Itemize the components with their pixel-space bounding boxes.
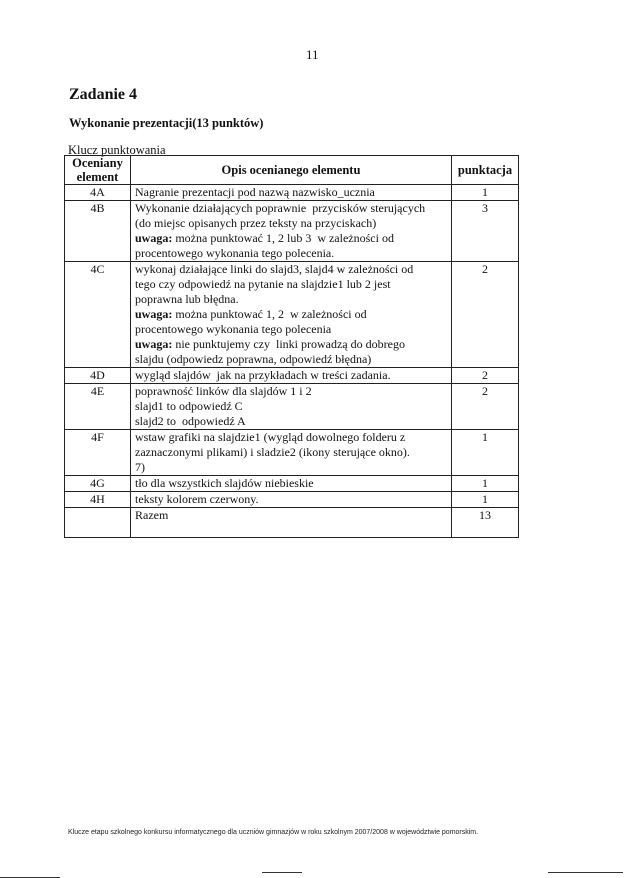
line-text: teksty kolorem czerwony. [135,492,259,506]
element-code: 4D [65,368,131,384]
table-row: 4BWykonanie działających poprawnie przyc… [65,201,519,262]
description-line: wygląd slajdów jak na przykładach w treś… [135,368,447,383]
element-description: wygląd slajdów jak na przykładach w treś… [131,368,452,384]
element-code: 4A [65,185,131,201]
description-line: tło dla wszystkich slajdów niebieskie [135,476,447,491]
line-text: zaznaczonymi plikami) i sladzie2 (ikony … [135,445,410,459]
page-number: 11 [306,47,319,63]
scan-artifact-line [548,872,623,873]
description-line: Wykonanie działających poprawnie przycis… [135,201,447,216]
element-points: 2 [452,368,519,384]
line-text: wykonaj działające linki do slajd3, slaj… [135,262,413,276]
table-row: 4Hteksty kolorem czerwony.1 [65,492,519,508]
description-line: uwaga: nie punktujemy czy linki prowadzą… [135,337,447,352]
total-row: Razem 13 [65,508,519,538]
element-code: 4B [65,201,131,262]
header-element: Oceniany element [65,156,131,185]
description-line: zaznaczonymi plikami) i sladzie2 (ikony … [135,445,447,460]
task-title: Zadanie 4 [69,86,137,104]
element-points: 2 [452,384,519,430]
element-description: Nagranie prezentacji pod nazwą nazwisko_… [131,185,452,201]
element-code: 4F [65,430,131,476]
line-text: procentowego wykonania tego polecenia [135,322,331,336]
element-description: wykonaj działające linki do slajd3, slaj… [131,262,452,368]
line-text: Wykonanie działających poprawnie przycis… [135,201,425,215]
element-code: 4E [65,384,131,430]
table-header-row: Oceniany element Opis ocenianego element… [65,156,519,185]
note-label: uwaga: [135,337,172,351]
description-line: tego czy odpowiedź na pytanie na slajdzi… [135,277,447,292]
description-line: slajd1 to odpowiedź C [135,399,447,414]
description-line: wstaw grafiki na slajdzie1 (wygląd dowol… [135,430,447,445]
total-points: 13 [452,508,519,538]
element-code: 4H [65,492,131,508]
scan-artifact-line [262,872,302,873]
total-code [65,508,131,538]
line-text: slajd1 to odpowiedź C [135,399,243,413]
note-label: uwaga: [135,307,172,321]
description-line: uwaga: można punktować 1, 2 lub 3 w zale… [135,231,447,246]
description-line: slajd2 to odpowiedź A [135,414,447,429]
table-row: 4Gtło dla wszystkich slajdów niebieskie1 [65,476,519,492]
element-code: 4C [65,262,131,368]
line-text: slajdu (odpowiedz poprawna, odpowiedź bł… [135,352,371,366]
line-text: tego czy odpowiedź na pytanie na slajdzi… [135,277,391,291]
table-row: 4Fwstaw grafiki na slajdzie1 (wygląd dow… [65,430,519,476]
element-description: wstaw grafiki na slajdzie1 (wygląd dowol… [131,430,452,476]
description-line: poprawna lub błędna. [135,292,447,307]
description-line: slajdu (odpowiedz poprawna, odpowiedź bł… [135,352,447,367]
description-line: teksty kolorem czerwony. [135,492,447,507]
element-points: 1 [452,476,519,492]
description-line: procentowego wykonania tego polecenia [135,322,447,337]
scoring-table: Oceniany element Opis ocenianego element… [64,155,519,538]
line-text: procentowego wykonania tego polecenia. [135,246,334,260]
description-line: 7) [135,460,447,475]
line-text: nie punktujemy czy linki prowadzą do dob… [172,337,405,351]
task-subtitle: Wykonanie prezentacji(13 punktów) [69,116,263,131]
line-text: 7) [135,460,145,474]
line-text: poprawna lub błędna. [135,292,239,306]
line-text: Nagranie prezentacji pod nazwą nazwisko_… [135,185,375,199]
element-description: tło dla wszystkich slajdów niebieskie [131,476,452,492]
element-points: 1 [452,430,519,476]
element-code: 4G [65,476,131,492]
page-footer: Klucze etapu szkolnego konkursu informat… [68,829,478,836]
element-points: 1 [452,185,519,201]
note-label: uwaga: [135,231,172,245]
description-line: (do miejsc opisanych przez teksty na prz… [135,216,447,231]
line-text: wstaw grafiki na slajdzie1 (wygląd dowol… [135,430,405,444]
description-line: procentowego wykonania tego polecenia. [135,246,447,261]
line-text: można punktować 1, 2 lub 3 w zależności … [172,231,394,245]
element-description: teksty kolorem czerwony. [131,492,452,508]
element-points: 1 [452,492,519,508]
description-line: wykonaj działające linki do slajd3, slaj… [135,262,447,277]
table-row: 4Dwygląd slajdów jak na przykładach w tr… [65,368,519,384]
line-text: slajd2 to odpowiedź A [135,414,246,428]
header-points: punktacja [452,156,519,185]
line-text: można punktować 1, 2 w zależności od [172,307,366,321]
element-description: Wykonanie działających poprawnie przycis… [131,201,452,262]
table-row: 4ANagranie prezentacji pod nazwą nazwisk… [65,185,519,201]
description-line: poprawność linków dla slajdów 1 i 2 [135,384,447,399]
total-label: Razem [131,508,452,538]
description-line: uwaga: można punktować 1, 2 w zależności… [135,307,447,322]
line-text: wygląd slajdów jak na przykładach w treś… [135,368,391,382]
element-points: 3 [452,201,519,262]
table-row: 4Epoprawność linków dla slajdów 1 i 2sla… [65,384,519,430]
line-text: tło dla wszystkich slajdów niebieskie [135,476,314,490]
header-description: Opis ocenianego elementu [131,156,452,185]
line-text: poprawność linków dla slajdów 1 i 2 [135,384,312,398]
table-row: 4Cwykonaj działające linki do slajd3, sl… [65,262,519,368]
element-description: poprawność linków dla slajdów 1 i 2slajd… [131,384,452,430]
element-points: 2 [452,262,519,368]
description-line: Nagranie prezentacji pod nazwą nazwisko_… [135,185,447,200]
line-text: (do miejsc opisanych przez teksty na prz… [135,216,376,230]
